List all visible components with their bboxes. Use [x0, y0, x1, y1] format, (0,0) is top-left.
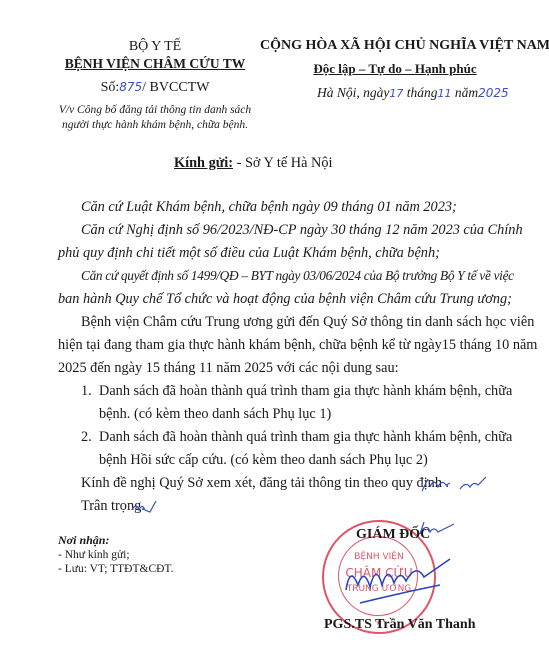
basis-line: Căn cứ Luật Khám bệnh, chữa bệnh ngày 09…	[81, 199, 457, 216]
list-item: bệnh Hồi sức cấp cứu. (có kèm theo danh …	[99, 452, 428, 469]
recipients-item: - Như kính gửi;	[58, 549, 130, 561]
basis-line: ban hành Quy chế Tổ chức và hoạt động củ…	[58, 291, 512, 308]
list-item: Danh sách đã hoàn thành quá trình tham g…	[99, 429, 512, 446]
list-item-number: 1.	[81, 383, 92, 400]
closing-request: Kính đề nghị Quý Sở xem xét, đăng tải th…	[81, 475, 449, 492]
body-line: Bệnh viện Châm cứu Trung ương gửi đến Qu…	[81, 314, 534, 331]
date-prefix: Hà Nội, ngày	[317, 85, 389, 100]
recipients-title: Nơi nhận:	[58, 533, 109, 548]
list-item: bệnh. (có kèm theo danh sách Phụ lục 1)	[99, 406, 331, 423]
date-year: 2025	[478, 86, 509, 100]
list-item-number: 2.	[81, 429, 92, 446]
date-line: Hà Nội, ngày17 tháng11 năm2025	[317, 85, 509, 101]
hospital-name: BỆNH VIỆN CHÂM CỨU TW	[60, 56, 250, 72]
body-line: hiện tại đang tham gia thực hành khám bệ…	[58, 337, 537, 354]
subject-line-2: người thực hành khám bệnh, chữa bệnh.	[55, 119, 255, 131]
number-prefix: Số:	[101, 80, 120, 95]
basis-line: Căn cứ quyết định số 1499/QĐ – BYT ngày …	[81, 268, 514, 284]
motto: Độc lập – Tự do – Hạnh phúc	[260, 61, 530, 77]
basis-line: phủ quy định chi tiết một số điều của Lu…	[58, 245, 440, 262]
initials-mark	[130, 498, 160, 516]
subject-line-1: V/v Công bố đăng tải thông tin danh sách	[55, 104, 255, 116]
recipient-label: Kính gửi:	[174, 155, 233, 171]
recipients-item: - Lưu: VT; TTĐT&CĐT.	[58, 563, 173, 575]
date-month: 11	[438, 87, 452, 100]
list-item: Danh sách đã hoàn thành quá trình tham g…	[99, 383, 512, 400]
number-handwritten: 875	[119, 80, 142, 94]
director-signature	[340, 555, 460, 610]
ministry-name: BỘ Y TẾ	[60, 39, 250, 55]
basis-line: Căn cứ Nghị định số 96/2023/NĐ-CP ngày 3…	[81, 222, 523, 239]
initials-mark	[420, 475, 500, 495]
date-month-label: tháng	[407, 85, 438, 100]
country-name: CỘNG HÒA XÃ HỘI CHỦ NGHĨA VIỆT NAM	[260, 38, 530, 54]
initials-mark	[418, 520, 458, 540]
body-line: 2025 đến ngày 15 tháng 11 năm 2025 với c…	[58, 360, 399, 377]
date-day: 17	[389, 87, 403, 100]
number-suffix: / BVCCTW	[142, 80, 209, 95]
recipient: Kính gửi: - Sở Y tế Hà Nội	[174, 155, 332, 172]
date-year-label: năm	[455, 85, 478, 100]
recipient-value: - Sở Y tế Hà Nội	[233, 155, 332, 171]
document-number: Số:875/ BVCCTW	[60, 80, 250, 96]
signer-name: PGS.TS Trần Văn Thanh	[324, 617, 475, 633]
